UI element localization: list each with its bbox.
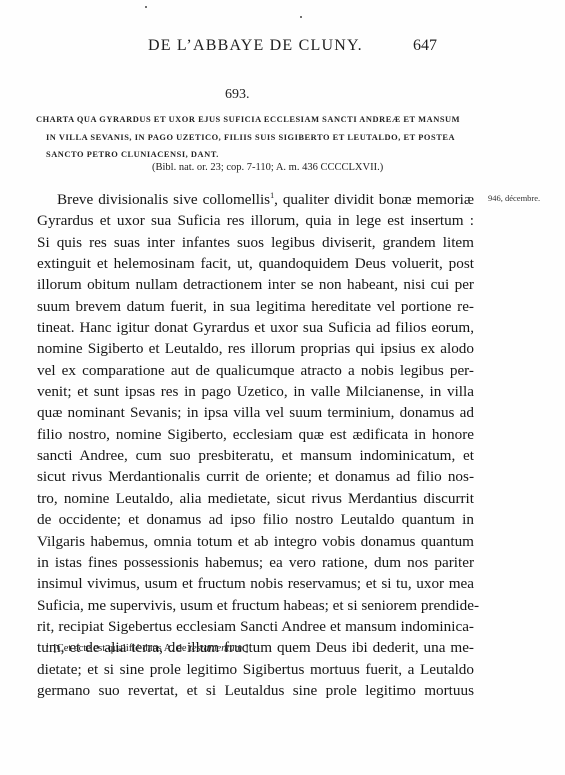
body-line: Breve divisionalis sive collomellis1, qu…	[37, 189, 474, 210]
body-line: in istas fines possessionis habemus; ea …	[37, 552, 474, 573]
body-line: Vilgaris habemus, omnia totum et ab inte…	[37, 531, 474, 552]
body-text-segment: Breve divisionalis sive collomellis	[57, 191, 270, 208]
body-line: nomine Sigiberto et Leutaldo, res illoru…	[37, 338, 474, 359]
body-line: illorum obitum nullam detractionem inter…	[37, 274, 474, 295]
document-page: DE L’ABBAYE DE CLUNY. 647 693. CHARTA QU…	[0, 0, 565, 775]
body-line: venit; et sunt ipsas res in pago Uzetico…	[37, 381, 474, 402]
body-line: filio nostro, nomine Sigiberto, ecclesia…	[37, 424, 474, 445]
body-line: dietate; et si sine prole legitimo Sigib…	[37, 659, 474, 680]
scan-speck	[145, 6, 147, 8]
charter-body-text: Breve divisionalis sive collomellis1, qu…	[37, 189, 474, 701]
running-head: DE L’ABBAYE DE CLUNY.	[148, 37, 363, 55]
margin-date-note: 946, décembre.	[488, 193, 540, 203]
charter-title-line: CHARTA QUA GYRARDUS ET UXOR EJUS SUFICIA…	[36, 111, 476, 129]
page-number: 647	[413, 37, 437, 55]
footnote-text: [Cet acte est qualifié dans A. de	[53, 643, 189, 654]
footnote: 1[Cet acte est qualifié dans A. de testa…	[46, 643, 248, 654]
footnote-marker: 1	[46, 642, 49, 649]
body-line: tro, nomine Leutaldo, alia medietate, si…	[37, 488, 474, 509]
body-line: germano suo revertat, et si Leutaldus si…	[37, 680, 474, 701]
body-text-segment: , qualiter dividit bonæ memoriæ	[274, 191, 474, 208]
body-line: sancti Andree, cum suo presbiteratu, et …	[37, 445, 474, 466]
body-line: quæ nominant Sevanis; in ipsa villa vel …	[37, 402, 474, 423]
charter-title: CHARTA QUA GYRARDUS ET UXOR EJUS SUFICIA…	[36, 111, 476, 164]
body-line: vel ex comparatione aut de qualicumque a…	[37, 360, 474, 381]
charter-title-line: SANCTO PETRO CLUNIACENSI, DANT.	[36, 146, 476, 164]
body-line: Gyrardus et uxor sua Suficia res illorum…	[37, 210, 474, 231]
footnote-text-end: .]	[242, 643, 248, 654]
body-line: suum brevem datum fuerit, in sua legitim…	[37, 296, 474, 317]
scan-speck	[300, 16, 302, 18]
body-line: de occidente; et donamus ad ipso filio n…	[37, 509, 474, 530]
body-line: rit, recipiat Sigebertus ecclesiam Sanct…	[37, 616, 474, 637]
charter-title-line: IN VILLA SEVANIS, IN PAGO UZETICO, FILII…	[36, 129, 476, 147]
body-line: extinguit et helemosinam facit, ut, quan…	[37, 253, 474, 274]
footnote-italic-term: testamentum	[189, 643, 242, 654]
body-line: Suficia, me supervivis, usum et fructum …	[37, 595, 474, 616]
charter-number: 693.	[225, 87, 250, 103]
body-line: sicut rivus Merdantionalis currit de ori…	[37, 466, 474, 487]
body-line: tineat. Hanc igitur donat Gyrardus et ux…	[37, 317, 474, 338]
body-line: insimul vivimus, usum et fructum nobis r…	[37, 573, 474, 594]
source-reference: (Bibl. nat. or. 23; cop. 7-110; A. m. 43…	[152, 162, 383, 173]
body-line: Si quis res suas inter infantes suos leg…	[37, 232, 474, 253]
